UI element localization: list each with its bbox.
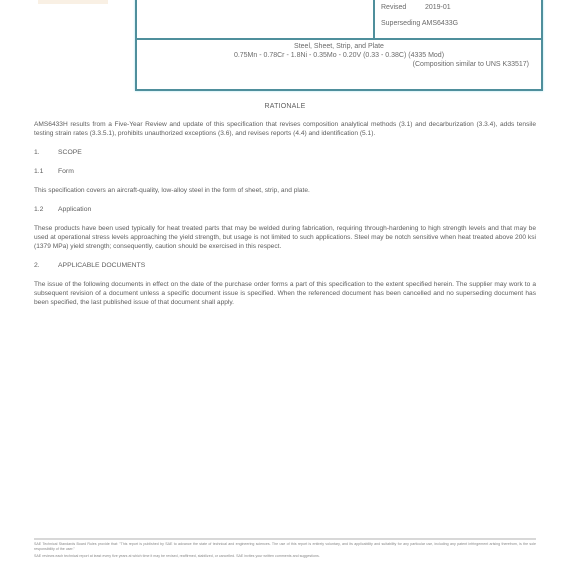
superseding-row: Superseding AMS6433G — [381, 20, 458, 27]
section-number: 1.2 — [34, 205, 58, 214]
section-1-2-heading: 1.2Application — [34, 205, 536, 214]
section-title: APPLICABLE DOCUMENTS — [58, 262, 145, 269]
section-title: Application — [58, 206, 91, 213]
footer-paragraph-1: SAE Technical Standards Board Rules prov… — [34, 542, 536, 552]
section-number: 1.1 — [34, 167, 58, 176]
section-title: SCOPE — [58, 149, 82, 156]
superseding-label: Superseding — [381, 20, 420, 27]
section-1-1-heading: 1.1Form — [34, 167, 536, 176]
revised-value: 2019-01 — [425, 4, 451, 11]
section-2-heading: 2.APPLICABLE DOCUMENTS — [34, 261, 536, 270]
title-line-3: (Composition similar to UNS K33517) — [137, 60, 541, 69]
application-paragraph: These products have been used typically … — [34, 224, 536, 251]
revised-row: Revised 2019-01 — [381, 4, 451, 11]
section-title: Form — [58, 168, 74, 175]
header-left-cell — [137, 0, 375, 38]
sae-logo-fragment — [38, 0, 108, 4]
rationale-heading: RATIONALE — [34, 102, 536, 111]
rationale-text: AMS6433H results from a Five-Year Review… — [34, 120, 536, 138]
title-line-2: 0.75Mn - 0.78Cr - 1.8Ni - 0.35Mo - 0.20V… — [137, 51, 541, 60]
section-number: 1. — [34, 148, 58, 157]
footer-paragraph-2: SAE reviews each technical report at lea… — [34, 554, 536, 559]
spec-title: Steel, Sheet, Strip, and Plate 0.75Mn - … — [137, 42, 541, 69]
form-paragraph: This specification covers an aircraft-qu… — [34, 186, 536, 195]
footer-notice: SAE Technical Standards Board Rules prov… — [34, 542, 536, 561]
section-number: 2. — [34, 261, 58, 270]
footer-divider — [34, 538, 536, 540]
revised-label: Revised — [381, 4, 423, 11]
section-1-heading: 1.SCOPE — [34, 148, 536, 157]
document-body: RATIONALE AMS6433H results from a Five-Y… — [34, 102, 536, 317]
header-row: Revised 2019-01 Superseding AMS6433G — [137, 0, 541, 40]
applicable-documents-paragraph: The issue of the following documents in … — [34, 280, 536, 307]
spec-header-box: Revised 2019-01 Superseding AMS6433G Ste… — [135, 0, 543, 91]
title-line-1: Steel, Sheet, Strip, and Plate — [137, 42, 541, 51]
superseding-value: AMS6433G — [422, 20, 458, 27]
